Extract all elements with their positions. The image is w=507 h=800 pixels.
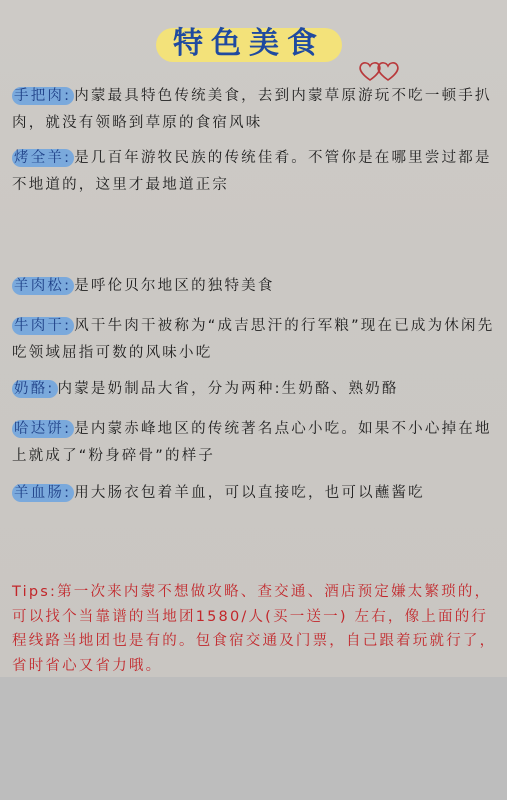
food-description: 是内蒙赤峰地区的传统著名点心小吃。如果不小心掉在地上就成了“粉身碎骨”的样子 [12, 421, 492, 464]
food-name-tag: 手把肉: [12, 87, 74, 105]
double-heart-icon [358, 60, 406, 82]
food-description: 内蒙最具特色传统美食，去到内蒙草原游玩不吃一顿手扒肉，就没有领略到草原的食宿风味 [12, 88, 492, 131]
page-title: 特色美食 [156, 24, 342, 64]
food-entry-yangxuechang: 羊血肠:用大肠衣包着羊血，可以直接吃，也可以蘸酱吃 [12, 480, 500, 507]
food-name-tag: 哈达饼: [12, 420, 74, 438]
food-name-tag: 烤全羊: [12, 149, 74, 167]
tips-paragraph: Tips:第一次来内蒙不想做攻略、查交通、酒店预定嫌太繁琐的，可以找个当靠谱的当… [12, 580, 500, 678]
food-name-tag: 奶酪: [12, 380, 58, 398]
food-entry-yangrousong: 羊肉松:是呼伦贝尔地区的独特美食 [12, 273, 500, 300]
food-entry-kaoquanyang: 烤全羊:是几百年游牧民族的传统佳肴。不管你是在哪里尝过都是不地道的，这里才最地道… [12, 145, 500, 199]
food-entry-shoubarou: 手把肉:内蒙最具特色传统美食，去到内蒙草原游玩不吃一顿手扒肉，就没有领略到草原的… [12, 83, 500, 137]
food-entry-niurougan: 牛肉干:风干牛肉干被称为“成吉思汗的行军粮”现在已成为休闲先吃领域屈指可数的风味… [12, 313, 500, 367]
food-description: 风干牛肉干被称为“成吉思汗的行军粮”现在已成为休闲先吃领域屈指可数的风味小吃 [12, 318, 494, 361]
food-description: 用大肠衣包着羊血，可以直接吃，也可以蘸酱吃 [74, 485, 425, 501]
food-description: 内蒙是奶制品大省，分为两种:生奶酪、熟奶酪 [58, 381, 399, 397]
food-entry-hadabing: 哈达饼:是内蒙赤峰地区的传统著名点心小吃。如果不小心掉在地上就成了“粉身碎骨”的… [12, 416, 500, 470]
food-name-tag: 牛肉干: [12, 317, 74, 335]
food-description: 是几百年游牧民族的传统佳肴。不管你是在哪里尝过都是不地道的，这里才最地道正宗 [12, 150, 492, 193]
food-name-tag: 羊血肠: [12, 484, 74, 502]
food-description: 是呼伦贝尔地区的独特美食 [74, 278, 274, 294]
food-entry-nailao: 奶酪:内蒙是奶制品大省，分为两种:生奶酪、熟奶酪 [12, 376, 500, 403]
food-name-tag: 羊肉松: [12, 277, 74, 295]
